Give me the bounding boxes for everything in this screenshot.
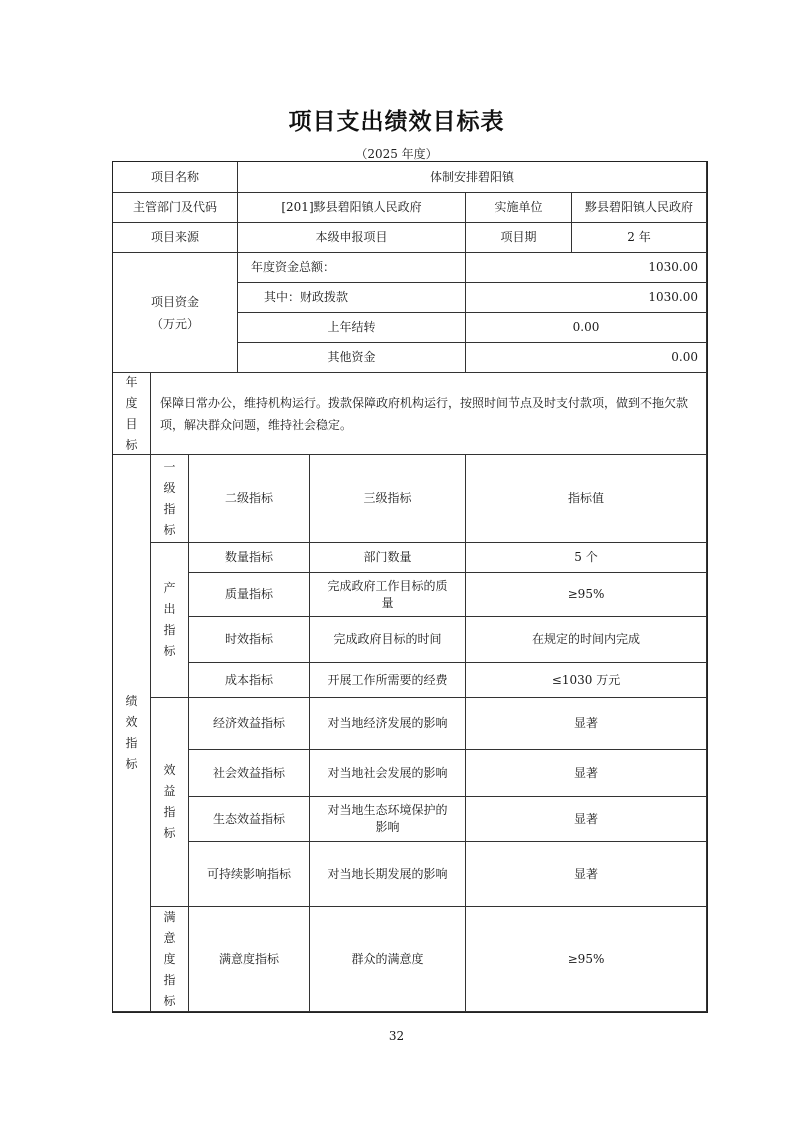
funds-other-label: 其他资金 (237, 342, 466, 373)
group-label-char: 产 (163, 578, 175, 599)
document-year: （2025 年度） (0, 145, 793, 162)
indicator-value: ≤1030 万元 (465, 662, 707, 698)
impl-unit-value: 黟县碧阳镇人民政府 (571, 192, 707, 223)
group-satisfaction-label: 满 意 度 指 标 (150, 906, 189, 1012)
header-level2: 二级指标 (188, 454, 310, 543)
indicator-value: ≥95% (465, 572, 707, 617)
page-number: 32 (0, 1029, 793, 1043)
funds-fiscal-value: 1030.00 (465, 282, 707, 313)
period-value: 2 年 (571, 222, 707, 253)
indicator-value: 显著 (465, 796, 707, 842)
group-label-char: 效 (163, 760, 175, 781)
annual-goal-label-char: 度 (125, 393, 137, 414)
annual-goal-text: 保障日常办公，维持机构运行。拨款保障政府机构运行，按照时间节点及时支付款项，做到… (150, 372, 707, 455)
header-level1: 一 级 指 标 (150, 454, 189, 543)
dept-value: [201]黟县碧阳镇人民政府 (237, 192, 466, 223)
group-label-char: 出 (163, 599, 175, 620)
group-label-char: 标 (163, 641, 175, 662)
indicator-value: 显著 (465, 749, 707, 797)
group-label-char: 满 (163, 907, 175, 928)
funds-label: 项目资金 （万元） (112, 252, 238, 373)
group-label-char: 意 (163, 928, 175, 949)
annual-goal-label-char: 目 (125, 414, 137, 435)
impl-unit-label: 实施单位 (465, 192, 572, 223)
indicator-value: ≥95% (465, 906, 707, 1012)
funds-label-line2: （万元） (151, 313, 199, 335)
indicator-level2: 成本指标 (188, 662, 310, 698)
indicator-value: 显著 (465, 841, 707, 907)
project-name-value: 体制安排碧阳镇 (237, 161, 707, 193)
group-output-label: 产 出 指 标 (150, 542, 189, 698)
indicator-level2: 经济效益指标 (188, 697, 310, 750)
group-label-char: 度 (163, 949, 175, 970)
indicator-value: 5 个 (465, 542, 707, 573)
indicator-level3: 对当地生态环境保护的影响 (309, 796, 466, 842)
indicator-level3: 对当地社会发展的影响 (309, 749, 466, 797)
document-title: 项目支出绩效目标表 (0, 103, 793, 136)
indicator-level3: 完成政府工作目标的质量 (309, 572, 466, 617)
indicator-level2: 生态效益指标 (188, 796, 310, 842)
indicator-level2: 数量指标 (188, 542, 310, 573)
indicator-level3: 完成政府目标的时间 (309, 616, 466, 663)
performance-target-table: 项目名称 体制安排碧阳镇 主管部门及代码 [201]黟县碧阳镇人民政府 实施单位… (113, 162, 707, 1012)
source-value: 本级申报项目 (237, 222, 466, 253)
indicator-level3: 开展工作所需要的经费 (309, 662, 466, 698)
header-level1-char: 指 (163, 499, 175, 520)
project-name-label: 项目名称 (112, 161, 238, 193)
funds-total-value: 1030.00 (465, 252, 707, 283)
annual-goal-label: 年 度 目 标 (112, 372, 151, 455)
source-label: 项目来源 (112, 222, 238, 253)
funds-other-value: 0.00 (465, 342, 707, 373)
group-label-char: 指 (163, 620, 175, 641)
group-label-char: 益 (163, 781, 175, 802)
funds-fiscal-label: 其中：财政拨款 (237, 282, 466, 313)
funds-carryover-value: 0.00 (465, 312, 707, 343)
indicator-level3: 群众的满意度 (309, 906, 466, 1012)
header-level1-char: 级 (163, 478, 175, 499)
dept-label: 主管部门及代码 (112, 192, 238, 223)
group-label-char: 标 (163, 823, 175, 844)
section-label-char: 效 (125, 712, 137, 733)
funds-label-line1: 项目资金 (151, 291, 199, 313)
group-label-char: 标 (163, 991, 175, 1012)
indicator-level2: 时效指标 (188, 616, 310, 663)
group-benefit-label: 效 益 指 标 (150, 697, 189, 907)
indicator-value: 显著 (465, 697, 707, 750)
indicator-level2: 社会效益指标 (188, 749, 310, 797)
section-label-char: 绩 (125, 691, 137, 712)
indicator-level2: 满意度指标 (188, 906, 310, 1012)
header-value: 指标值 (465, 454, 707, 543)
header-level1-char: 一 (163, 457, 175, 478)
section-label-char: 标 (125, 754, 137, 775)
indicator-level3: 对当地经济发展的影响 (309, 697, 466, 750)
header-level3: 三级指标 (309, 454, 466, 543)
indicator-level2: 质量指标 (188, 572, 310, 617)
annual-goal-label-char: 年 (125, 372, 137, 393)
indicator-level2: 可持续影响指标 (188, 841, 310, 907)
group-label-char: 指 (163, 970, 175, 991)
indicator-value: 在规定的时间内完成 (465, 616, 707, 663)
section-label-char: 指 (125, 733, 137, 754)
performance-indicators-label: 绩 效 指 标 (112, 454, 151, 1012)
funds-total-label: 年度资金总额： (237, 252, 466, 283)
annual-goal-label-char: 标 (125, 435, 137, 456)
group-label-char: 指 (163, 802, 175, 823)
funds-carryover-label: 上年结转 (237, 312, 466, 343)
header-level1-char: 标 (163, 520, 175, 541)
indicator-level3: 对当地长期发展的影响 (309, 841, 466, 907)
period-label: 项目期 (465, 222, 572, 253)
indicator-level3: 部门数量 (309, 542, 466, 573)
